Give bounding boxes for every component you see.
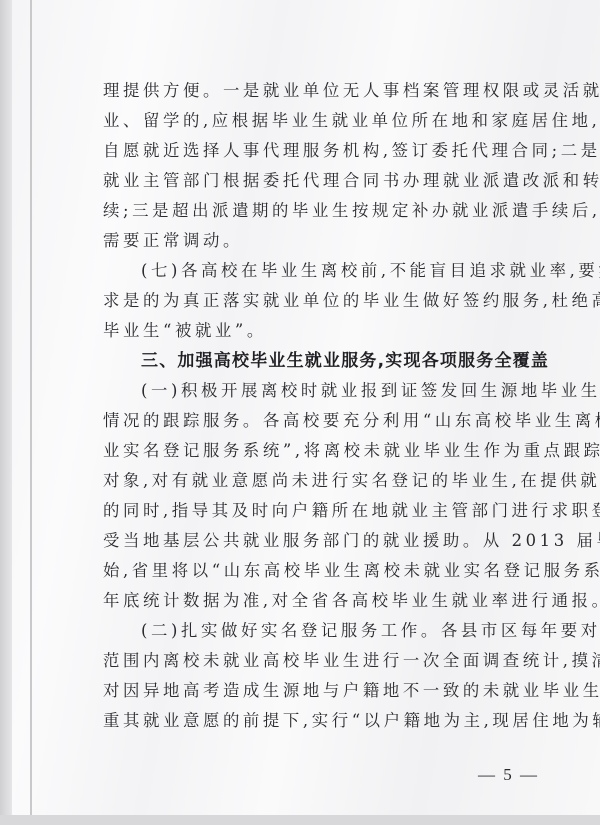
text-line: 业实名登记服务系统”,将离校未就业毕业生作为重点跟踪服务: [103, 436, 543, 466]
text-line: 理提供方便。一是就业单位无人事档案管理权限或灵活就业、待: [103, 76, 543, 106]
text-line: 年底统计数据为准,对全省各高校毕业生就业率进行通报。: [103, 586, 543, 616]
text-line: 业、留学的,应根据毕业生就业单位所在地和家庭居住地,由本人: [103, 106, 543, 136]
text-line: 需要正常调动。: [103, 226, 543, 256]
text-line: 对因异地高考造成生源地与户籍地不一致的未就业毕业生,在尊: [103, 676, 543, 706]
scanned-page: 理提供方便。一是就业单位无人事档案管理权限或灵活就业、待 业、留学的,应根据毕业…: [0, 0, 600, 825]
scan-binding-edge: [0, 0, 12, 825]
text-line: 始,省里将以“山东高校毕业生离校未就业实名登记服务系统”的: [103, 556, 543, 586]
page-number: — 5 —: [478, 765, 539, 785]
text-line: 范围内离校未就业高校毕业生进行一次全面调查统计,摸清底数。: [103, 646, 543, 676]
scan-bottom-edge: [0, 815, 600, 825]
text-line: 对象,对有就业意愿尚未进行实名登记的毕业生,在提供就业服务: [103, 466, 543, 496]
text-line: 受当地基层公共就业服务部门的就业援助。从 2013 届毕业生开: [103, 526, 543, 556]
scan-margin-line: [30, 0, 32, 815]
document-body: 理提供方便。一是就业单位无人事档案管理权限或灵活就业、待 业、留学的,应根据毕业…: [103, 76, 543, 736]
text-line: 求是的为真正落实就业单位的毕业生做好签约服务,杜绝高校前: [103, 286, 543, 316]
paragraph-start-line: (七)各高校在毕业生离校前,不能盲目追求就业率,要实事: [103, 256, 543, 286]
text-line: 重其就业意愿的前提下,实行“以户籍地为主,现居住地为辅,逐: [103, 706, 543, 736]
text-line: 就业主管部门根据委托代理合同书办理就业派遣改派和转档手: [103, 166, 543, 196]
section-heading: 三、加强高校毕业生就业服务,实现各项服务全覆盖: [103, 346, 543, 376]
text-line: 的同时,指导其及时向户籍所在地就业主管部门进行求职登记,接: [103, 496, 543, 526]
text-line: 毕业生“被就业”。: [103, 316, 543, 346]
paragraph-start-line: (二)扎实做好实名登记服务工作。各县市区每年要对所辖: [103, 616, 543, 646]
text-line: 自愿就近选择人事代理服务机构,签订委托代理合同;二是毕业生: [103, 136, 543, 166]
text-line: 续;三是超出派遣期的毕业生按规定补办就业派遣手续后,按实际: [103, 196, 543, 226]
paragraph-start-line: (一)积极开展离校时就业报到证签发回生源地毕业生就业: [103, 376, 543, 406]
text-line: 情况的跟踪服务。各高校要充分利用“山东高校毕业生离校未就: [103, 406, 543, 436]
